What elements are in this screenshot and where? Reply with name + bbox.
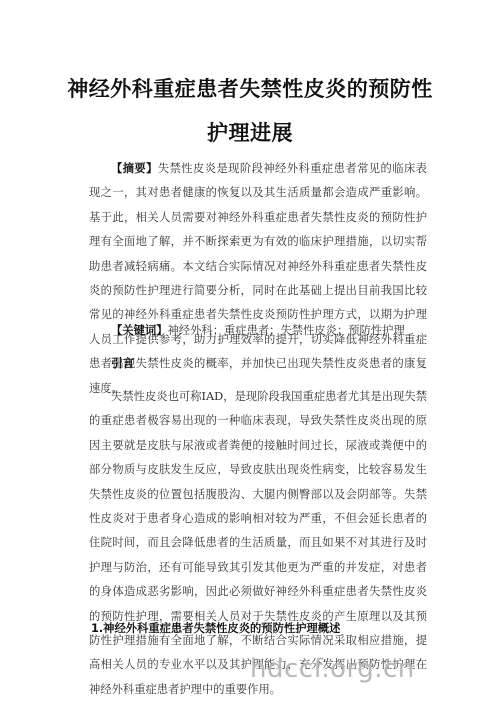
abstract-text: 失禁性皮炎是现阶段神经外科重症患者常见的临床表现之一，其对患者健康的恢复以及其生… (89, 162, 427, 395)
title-line-2: 护理进展 (0, 117, 500, 147)
keywords: 【关键词】神经外科；重症患者；失禁性皮炎；预防性护理 (89, 322, 405, 338)
title-line-1: 神经外科重症患者失禁性皮炎的预防性 (0, 73, 500, 103)
watermark: hdccf.org.cn (250, 654, 415, 684)
keywords-text: 神经外科；重症患者；失禁性皮炎；预防性护理 (168, 324, 405, 337)
keywords-label: 【关键词】 (111, 324, 168, 337)
intro-heading: 引言 (111, 355, 134, 371)
abstract-label: 【摘要】 (111, 162, 158, 175)
section-1-heading: 1.神经外科重症患者失禁性皮炎的预防性护理概述 (91, 620, 340, 636)
abstract: 【摘要】失禁性皮炎是现阶段神经外科重症患者常见的临床表现之一，其对患者健康的恢复… (89, 157, 427, 401)
